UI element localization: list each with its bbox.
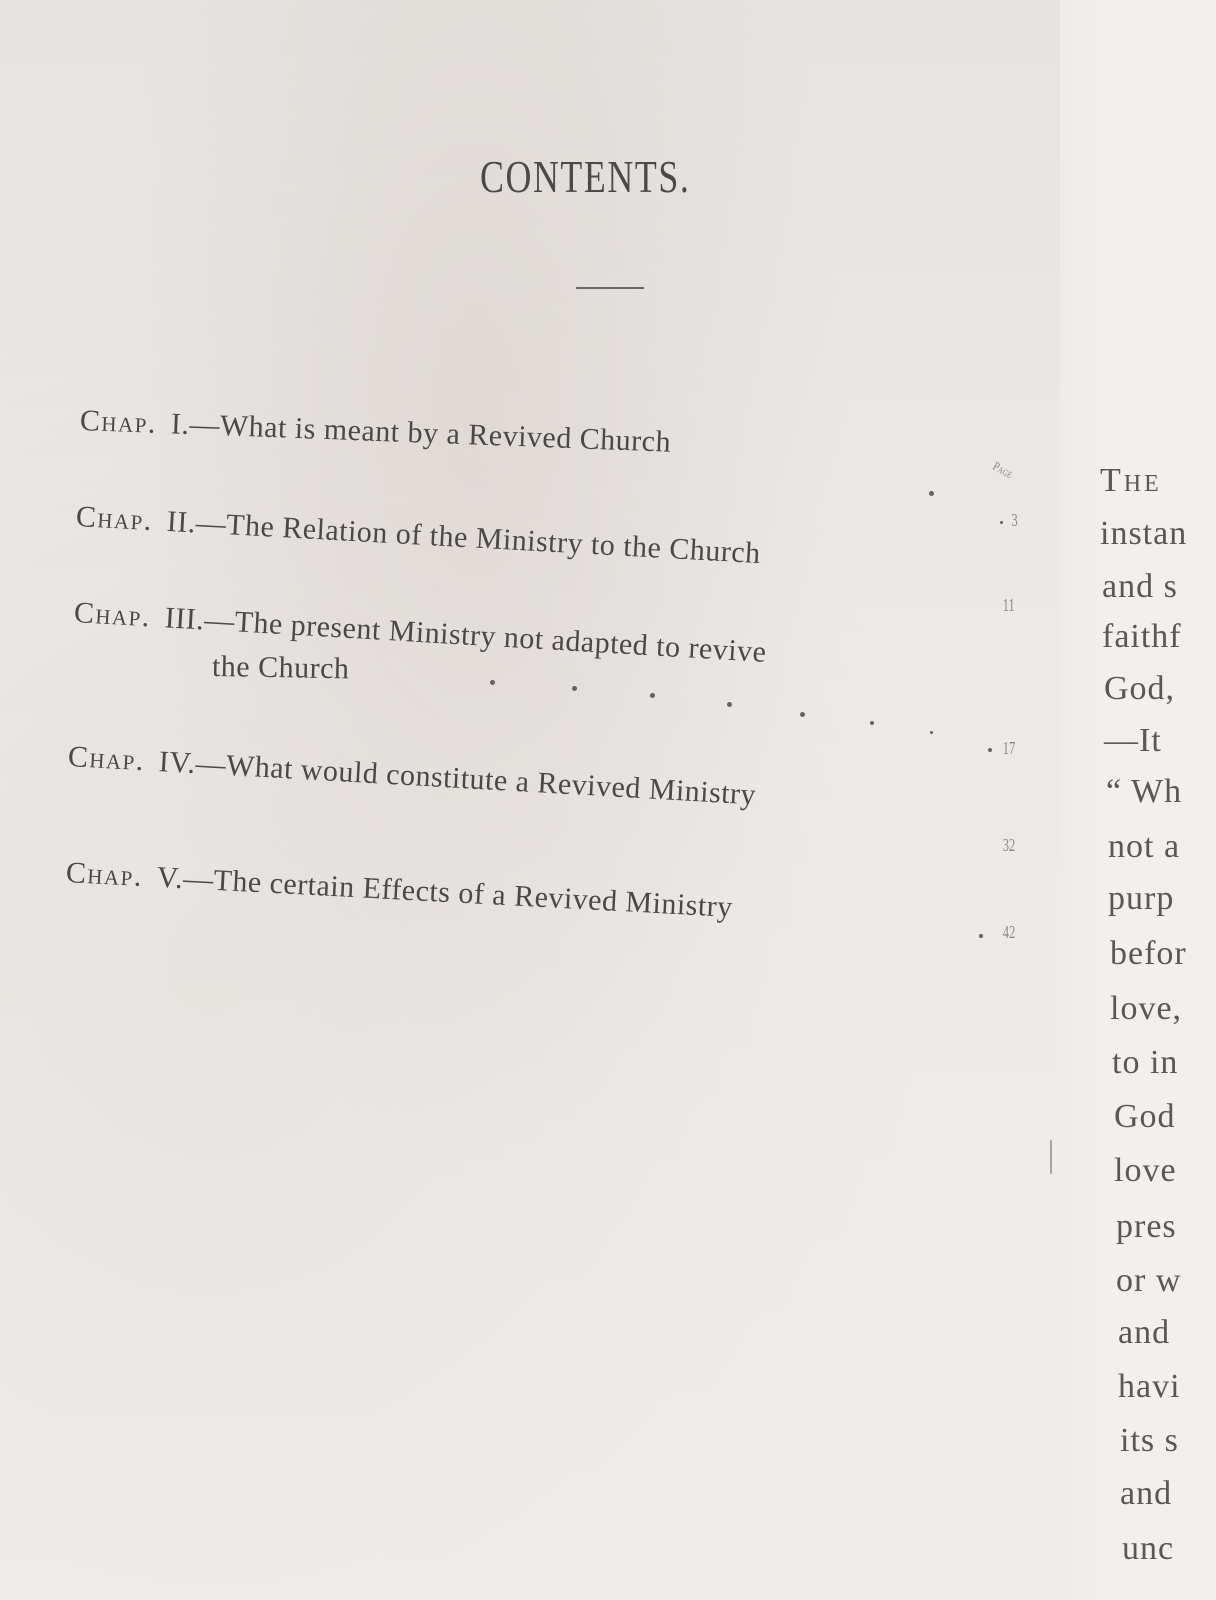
body-line: its s [1120,1422,1179,1460]
body-line: purp [1108,880,1174,918]
toc-entry-5[interactable]: Chap.V.—The certain Effects of a Revived… [65,856,733,925]
toc-entry-1[interactable]: Chap.I.—What is meant by a Revived Churc… [79,404,671,460]
body-line: God [1114,1098,1176,1136]
body-line: and [1118,1314,1170,1352]
leader-dot [650,693,655,698]
body-line: havi [1118,1368,1181,1406]
body-line: love [1114,1152,1177,1190]
toc-page-number-5: 42 [1003,922,1016,943]
body-line: pres [1116,1208,1177,1246]
chap-label: Chap. [67,740,146,777]
right-page: The instan and s faithf God, —It “ Wh no… [1060,0,1216,1600]
chap-title: —What is meant by a Revived Church [189,408,672,459]
chap-title-continuation: the Church [212,650,350,685]
toc-page-number-3: 17 [1003,738,1016,759]
toc-entry-3-continuation: the Church [212,650,350,686]
chap-title: —The certain Effects of a Revived Minist… [182,862,733,924]
leader-dot [1000,521,1003,524]
leader-dot [979,934,983,938]
body-line: not a [1108,828,1180,866]
chap-title: —The Relation of the Ministry to the Chu… [195,507,762,571]
body-line: faithf [1102,618,1182,656]
leader-dot [870,721,874,725]
chap-label: Chap. [73,596,152,633]
body-line: unc [1122,1530,1174,1568]
gutter-mark [1050,1140,1052,1174]
leader-dot [727,702,732,707]
body-line: and [1120,1475,1172,1513]
body-line: instan [1100,515,1187,553]
body-line: to in [1112,1044,1178,1082]
left-page: CONTENTS. Page Chap.I.—What is meant by … [0,0,1060,1600]
body-line: The [1100,462,1162,500]
chap-label: Chap. [65,856,144,893]
leader-dot [572,686,577,691]
body-line: and s [1102,568,1178,606]
body-line: befor [1110,935,1187,973]
leader-dot [988,748,992,752]
toc-entry-2[interactable]: Chap.II.—The Relation of the Ministry to… [75,500,761,571]
page-column-header: Page [990,458,1016,482]
body-line: —It [1104,722,1162,760]
leader-dot [800,712,805,717]
toc-entry-3[interactable]: Chap.III.—The present Ministry not adapt… [73,596,767,670]
chap-label: Chap. [79,404,157,440]
toc-page-number-2: 11 [1003,595,1015,616]
chap-title: —What would constitute a Revived Ministr… [195,747,757,811]
toc-page-number-4: 32 [1003,835,1016,856]
chap-numeral: V. [156,861,184,895]
body-line: love, [1110,990,1182,1028]
body-line: or w [1116,1262,1181,1300]
chap-numeral: IV. [158,745,197,780]
chap-numeral: I. [170,407,190,441]
leader-dot [930,731,933,734]
chap-label: Chap. [75,500,154,537]
title-rule [576,287,644,289]
body-line: God, [1104,670,1175,708]
leader-dot [490,680,495,685]
toc-page-number-1: 3 [1011,510,1017,531]
body-line: “ Wh [1106,773,1182,811]
contents-title: CONTENTS. [480,150,690,203]
chap-numeral: II. [166,505,197,540]
toc-entry-4[interactable]: Chap.IV.—What would constitute a Revived… [67,740,757,812]
leader-dot [929,491,934,496]
chap-numeral: III. [164,601,205,636]
